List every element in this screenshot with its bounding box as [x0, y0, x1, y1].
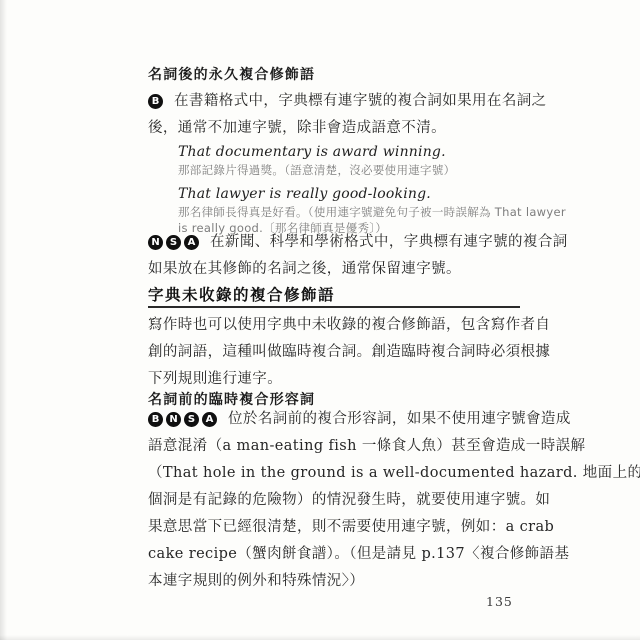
- format-badge-academic: A: [202, 412, 217, 427]
- body-text: （That hole in the ground is a well-docum…: [148, 460, 534, 487]
- page-edge-shadow-left: [0, 0, 7, 640]
- body-text: 創的詞語，這種叫做臨時複合詞。創造臨時複合詞時必須根據: [148, 339, 534, 366]
- body-text: cake recipe（蟹肉餅食譜）。（但是請見 p.137〈複合修飾語基: [148, 541, 534, 568]
- example-translation: 那部記錄片得過獎。（語意清楚，沒必要使用連字號）: [178, 162, 455, 178]
- paragraph-temporary-compound-rule: BNSA 位於名詞前的複合形容詞，如果不使用連字號會造成 語意混淆（a man-…: [148, 406, 534, 595]
- example-english-sentence: That lawyer is really good-looking.: [178, 185, 566, 204]
- body-text: 果意思當下已經很清楚，則不需要使用連字號，例如：a crab: [148, 514, 534, 541]
- format-badge-science: S: [184, 412, 199, 427]
- body-text: 本連字規則的例外和特殊情況〉）: [148, 568, 534, 595]
- paragraph-news-science-academic-rule: NSA 在新聞、科學和學術格式中，字典標有連字號的複合詞 如果放在其修飾的名詞之…: [148, 229, 534, 283]
- body-line: B 在書籍格式中，字典標有連字號的複合詞如果用在名詞之: [148, 88, 534, 115]
- body-text: 在新聞、科學和學術格式中，字典標有連字號的複合詞: [210, 234, 568, 250]
- body-text: 位於名詞前的複合形容詞，如果不使用連字號會造成: [228, 411, 571, 427]
- section-divider-rule: [148, 306, 520, 308]
- example-english-sentence: That documentary is award winning.: [178, 143, 455, 162]
- heading-permanent-compound-modifiers-after-noun: 名詞後的永久複合修飾語: [148, 64, 315, 84]
- heading-unlisted-compound-modifiers: 字典未收錄的複合修飾語: [148, 283, 335, 305]
- body-line: BNSA 位於名詞前的複合形容詞，如果不使用連字號會造成: [148, 406, 534, 433]
- body-text: 語意混淆（a man-eating fish 一條食人魚）甚至會造成一時誤解: [148, 433, 534, 460]
- example-award-winning: That documentary is award winning. 那部記錄片…: [178, 143, 455, 178]
- paragraph-temporary-compounds-intro: 寫作時也可以使用字典中未收錄的複合修飾語，包含寫作者自 創的詞語，這種叫做臨時複…: [148, 312, 534, 393]
- body-text: 如果放在其修飾的名詞之後，通常保留連字號。: [148, 256, 534, 283]
- paragraph-book-style-rule: B 在書籍格式中，字典標有連字號的複合詞如果用在名詞之 後，通常不加連字號，除非…: [148, 88, 534, 142]
- format-badge-news: N: [148, 235, 163, 250]
- book-page: 名詞後的永久複合修飾語 B 在書籍格式中，字典標有連字號的複合詞如果用在名詞之 …: [0, 0, 640, 640]
- body-text: 寫作時也可以使用字典中未收錄的複合修飾語，包含寫作者自: [148, 312, 534, 339]
- body-line: NSA 在新聞、科學和學術格式中，字典標有連字號的複合詞: [148, 229, 534, 256]
- body-text: 在書籍格式中，字典標有連字號的複合詞如果用在名詞之: [174, 93, 547, 109]
- format-badge-book: B: [148, 94, 163, 109]
- example-translation: 那名律師長得真是好看。（使用連字號避免句子被一時誤解為 That lawyer: [178, 204, 566, 220]
- page-edge-shadow-bottom: [0, 635, 640, 640]
- format-badge-science: S: [166, 235, 181, 250]
- body-text: 後，通常不加連字號，除非會造成語意不清。: [148, 115, 534, 142]
- format-badge-book: B: [148, 412, 163, 427]
- body-text: 個洞是有記錄的危險物）的情況發生時，就要使用連字號。如: [148, 487, 534, 514]
- format-badge-news: N: [166, 412, 181, 427]
- format-badge-academic: A: [184, 235, 199, 250]
- page-number: 135: [486, 594, 513, 609]
